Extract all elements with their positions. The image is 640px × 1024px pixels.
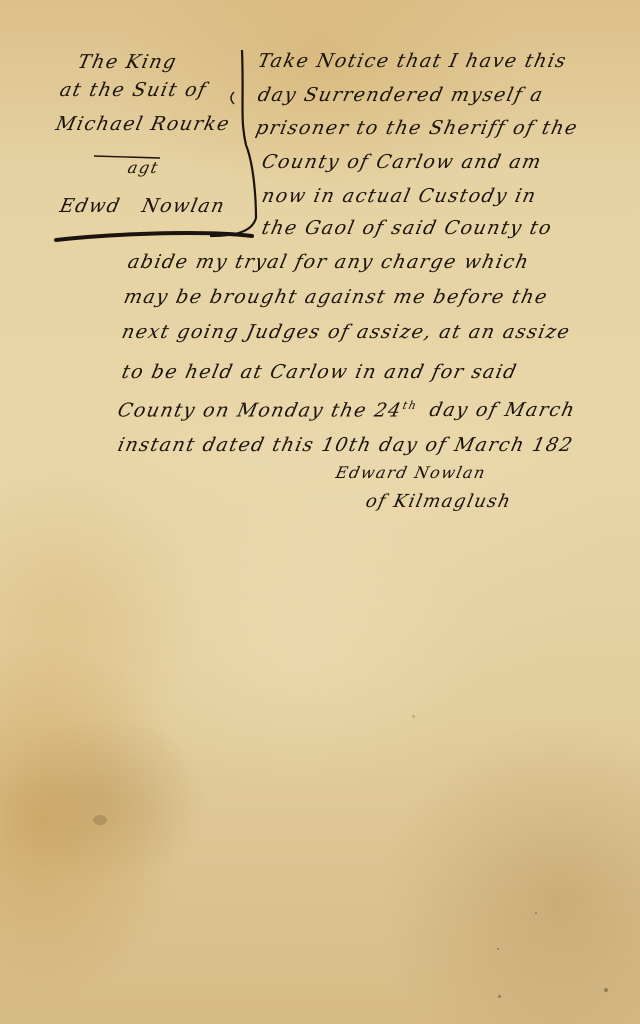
stain-speck: [535, 912, 537, 914]
body-line-3: prisoner to the Sheriff of the: [254, 119, 580, 138]
body-line-2: day Surrendered myself a: [256, 86, 545, 105]
stain-speck: [412, 715, 415, 718]
body-line-11-text: County on Monday the 24: [116, 399, 404, 421]
signature-place: of Kilmaglush: [364, 493, 513, 511]
ordinal-suffix: th: [401, 399, 418, 412]
body-line-11: County on Monday the 24th day of March: [116, 400, 578, 420]
body-line-1: Take Notice that I have this: [256, 52, 569, 71]
signature-name: Edward Nowlan: [334, 465, 487, 481]
stain-speck: [604, 988, 608, 992]
caption-the-king: The King: [76, 53, 179, 72]
body-line-5: now in actual Custody in: [260, 187, 539, 206]
caption-defendant-name: Edwd Nowlan: [58, 197, 227, 216]
caption-at-the-suit-of: at the Suit of: [58, 81, 209, 100]
body-line-6: the Gaol of said County to: [260, 219, 554, 238]
caption-against: agt: [126, 160, 160, 176]
body-line-12: instant dated this 10th day of March 182: [116, 436, 575, 455]
stain-speck: [497, 948, 499, 950]
body-line-11-tail: day of March: [428, 399, 578, 421]
stain-speck: [93, 815, 107, 825]
body-line-4: County of Carlow and am: [260, 153, 544, 172]
body-line-9: next going Judges of assize, at an assiz…: [120, 323, 572, 342]
defendant-first-name: Edwd: [58, 195, 123, 217]
caption-plaintiff-name: Michael Rourke: [54, 115, 232, 134]
body-line-7: abide my tryal for any charge which: [126, 253, 531, 272]
body-line-10: to be held at Carlow in and for said: [120, 363, 519, 382]
stain-speck: [498, 995, 501, 998]
defendant-surname: Nowlan: [140, 195, 228, 217]
body-line-8: may be brought against me before the: [122, 288, 550, 307]
